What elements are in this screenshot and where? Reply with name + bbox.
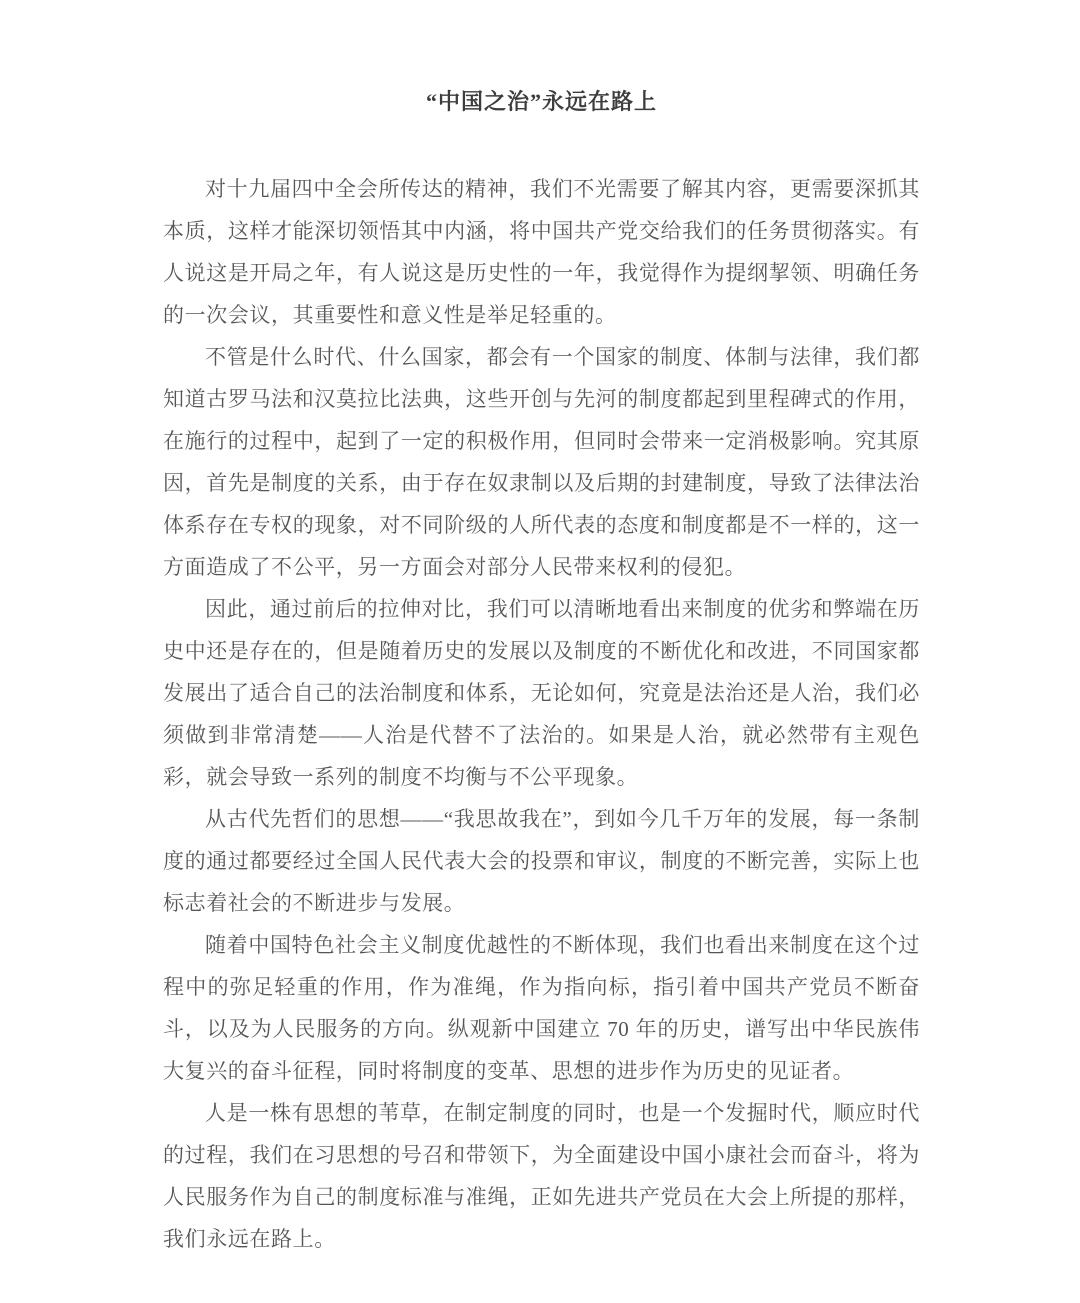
- paragraph: 对十九届四中全会所传达的精神，我们不光需要了解其内容，更需要深抓其本质，这样才能…: [163, 168, 920, 336]
- paragraph: 人是一株有思想的苇草，在制定制度的同时，也是一个发掘时代，顺应时代的过程，我们在…: [163, 1092, 920, 1260]
- document-body: 对十九届四中全会所传达的精神，我们不光需要了解其内容，更需要深抓其本质，这样才能…: [163, 168, 920, 1260]
- document-page: “中国之治”永远在路上 对十九届四中全会所传达的精神，我们不光需要了解其内容，更…: [0, 0, 1080, 1303]
- document-title: “中国之治”永远在路上: [163, 86, 920, 118]
- paragraph: 因此，通过前后的拉伸对比，我们可以清晰地看出来制度的优劣和弊端在历史中还是存在的…: [163, 588, 920, 798]
- paragraph: 随着中国特色社会主义制度优越性的不断体现，我们也看出来制度在这个过程中的弥足轻重…: [163, 924, 920, 1092]
- paragraph: 不管是什么时代、什么国家，都会有一个国家的制度、体制与法律，我们都知道古罗马法和…: [163, 336, 920, 588]
- paragraph: 从古代先哲们的思想——“我思故我在”，到如今几千万年的发展，每一条制度的通过都要…: [163, 798, 920, 924]
